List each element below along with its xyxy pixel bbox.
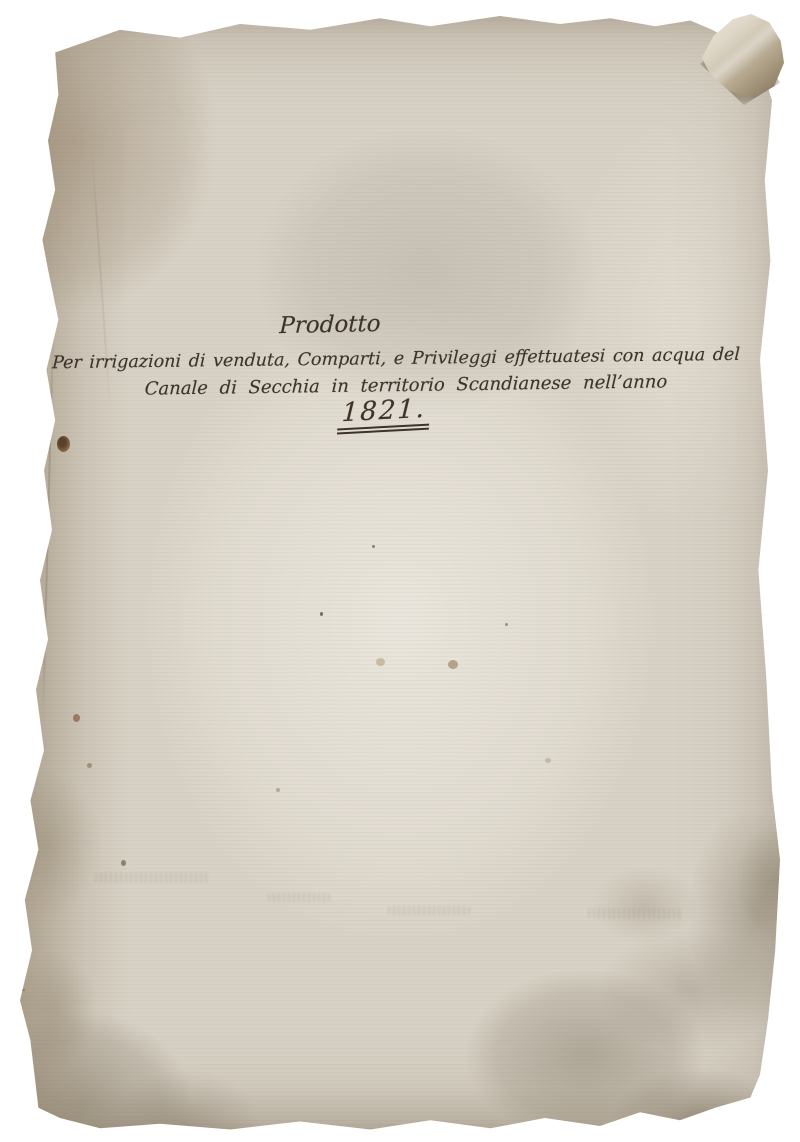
text-impression-smudge <box>95 872 210 883</box>
document-photo: Prodotto Per irrigazioni di venduta, Com… <box>0 0 800 1142</box>
foxing-spot <box>121 860 126 866</box>
binding-thread <box>3 987 25 1033</box>
foxing-spot <box>320 612 323 616</box>
foxing-spot <box>545 758 551 763</box>
text-impression-smudge <box>388 906 470 915</box>
year-value: 1821. <box>337 394 431 435</box>
binding-thread <box>11 252 25 283</box>
paper-sheet: Prodotto Per irrigazioni di venduta, Com… <box>0 0 800 1142</box>
text-impression-smudge <box>268 893 330 902</box>
title-line-2: Per irrigazioni di venduta, Comparti, e … <box>0 344 796 374</box>
foxing-spot <box>505 623 508 626</box>
foxing-spot <box>376 658 385 666</box>
foxing-spot <box>276 788 280 792</box>
foxing-spot <box>448 660 458 669</box>
foxing-spot <box>73 714 80 722</box>
title-word: Prodotto <box>0 304 730 347</box>
foxing-spot <box>372 545 375 548</box>
foxing-spot <box>87 763 92 768</box>
text-impression-smudge <box>588 908 683 919</box>
